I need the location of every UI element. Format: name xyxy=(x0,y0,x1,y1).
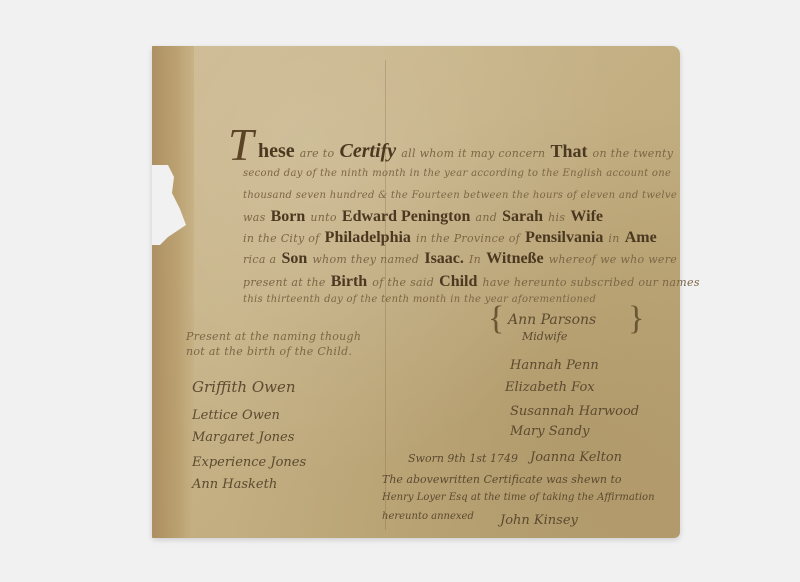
attestation-date: Sworn 9th 1st 1749 xyxy=(408,452,518,465)
signature-left-1: Griffith Owen xyxy=(192,378,296,396)
name-child: Isaac. xyxy=(424,250,464,267)
phrase-subscribed: have hereunto subscribed our names xyxy=(483,276,700,289)
signature-left-2: Lettice Owen xyxy=(192,408,280,423)
phrase-province: in the Province of xyxy=(416,232,520,245)
word-in: in xyxy=(608,232,619,245)
phrase-named: whom they named xyxy=(312,253,419,266)
left-note-line-2: not at the birth of the Child. xyxy=(186,345,352,358)
word-are-to: are to xyxy=(300,147,335,160)
body-line-1: hese are to Certify all whom it may conc… xyxy=(258,140,673,163)
body-line-3: thousand seven hundred & the Fourteen be… xyxy=(243,190,677,201)
attestation-line-3: Henry Loyer Esq at the time of taking th… xyxy=(382,492,655,503)
body-line-7: present at the Birth of the said Child h… xyxy=(243,271,700,291)
signature-left-3: Margaret Jones xyxy=(192,430,294,445)
word-child: Child xyxy=(439,273,477,290)
word-unto: unto xyxy=(310,211,336,224)
word-certify: Certify xyxy=(340,140,397,162)
signature-right-2: Elizabeth Fox xyxy=(505,380,595,395)
word-wife: Wife xyxy=(570,208,603,225)
attestation-signature: John Kinsey xyxy=(500,513,578,528)
damaged-left-edge xyxy=(152,46,194,538)
phrase-whereof: whereof we who were xyxy=(549,253,677,266)
place-philadelphia: Philadelphia xyxy=(325,229,411,246)
signature-right-1: Hannah Penn xyxy=(510,358,599,373)
signature-left-4: Experience Jones xyxy=(192,455,306,470)
phrase-whom: all whom it may concern xyxy=(401,147,545,160)
attestation-line-2: The abovewritten Certificate was shewn t… xyxy=(382,473,622,486)
word-born: Born xyxy=(271,208,306,225)
phrase-twenty: on the twenty xyxy=(593,147,674,160)
midwife-title: Midwife xyxy=(522,330,567,343)
attestation-name: Joanna Kelton xyxy=(530,450,622,465)
body-line-5: in the City of Philadelphia in the Provi… xyxy=(243,227,657,247)
word-hese: hese xyxy=(258,140,295,162)
name-father: Edward Penington xyxy=(342,208,470,225)
body-line-6: rica a Son whom they named Isaac. In Wit… xyxy=(243,248,677,268)
word-that: That xyxy=(550,141,587,161)
name-mother: Sarah xyxy=(502,208,543,225)
word-in2: In xyxy=(469,253,481,266)
attestation-line-4: hereunto annexed xyxy=(382,511,474,522)
phrase-said: of the said xyxy=(372,276,434,289)
left-note-line-1: Present at the naming though xyxy=(186,330,361,343)
word-rica: rica a xyxy=(243,253,276,266)
body-line-4: was Born unto Edward Penington and Sarah… xyxy=(243,206,603,226)
body-line-8: this thirteenth day of the tenth month i… xyxy=(243,294,596,305)
word-witnesse: Witneße xyxy=(486,250,543,267)
right-brace: } xyxy=(628,300,644,338)
signature-left-5: Ann Hasketh xyxy=(192,477,277,492)
word-son: Son xyxy=(281,250,307,267)
word-his: his xyxy=(548,211,565,224)
signature-right-4: Mary Sandy xyxy=(510,424,589,439)
word-and: and xyxy=(475,211,497,224)
word-birth: Birth xyxy=(331,273,367,290)
phrase-city: in the City of xyxy=(243,232,320,245)
phrase-present: present at the xyxy=(243,276,326,289)
decorative-initial: T xyxy=(228,118,254,171)
left-brace: { xyxy=(488,300,504,338)
word-ame: Ame xyxy=(625,229,657,246)
place-pensilvania: Pensilvania xyxy=(525,229,603,246)
word-was: was xyxy=(243,211,266,224)
midwife-name: Ann Parsons xyxy=(508,312,596,328)
body-line-2: second day of the ninth month in the yea… xyxy=(243,168,671,179)
signature-right-3: Susannah Harwood xyxy=(510,404,639,419)
